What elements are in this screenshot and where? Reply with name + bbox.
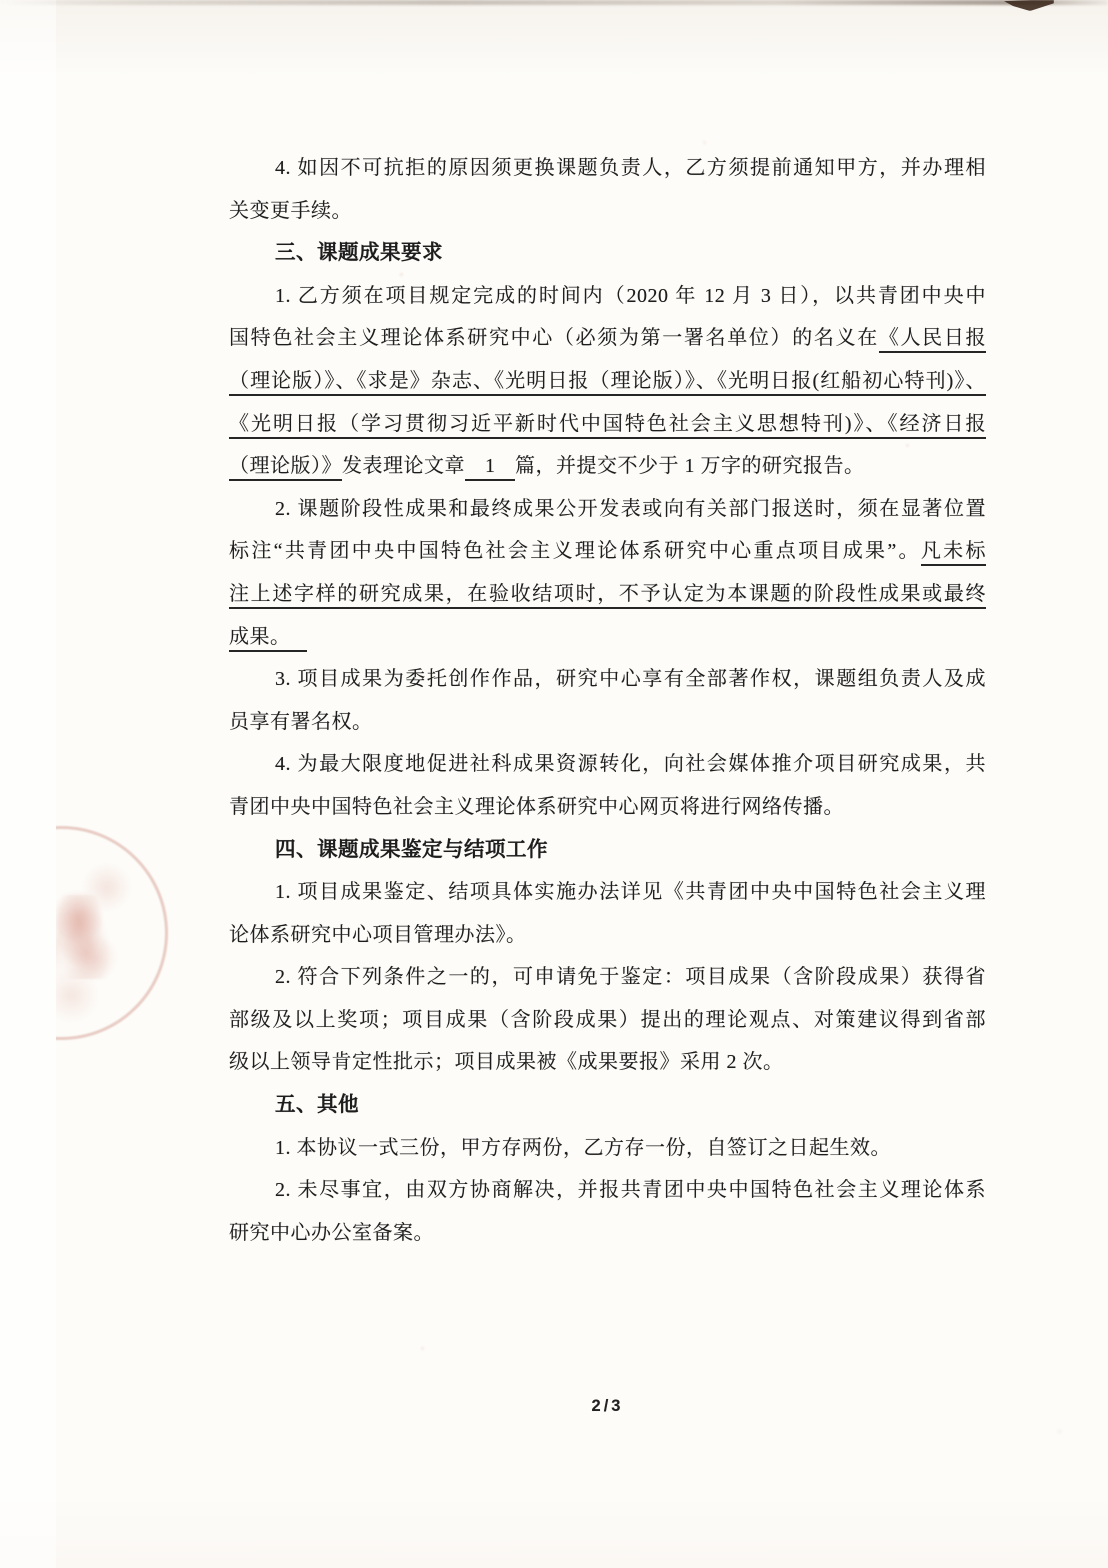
text-line: 研究中心办公室备案。: [229, 1212, 986, 1255]
text-segment: 3. 项目成果为委托创作作品，研究中心享有全部著作权，课题组负责人及成: [275, 668, 986, 690]
text-segment: 青团中央中国特色社会主义理论体系研究中心网页将进行网络传播。: [229, 796, 844, 818]
section-heading-line: 三、课题成果要求: [229, 232, 986, 275]
text-segment: 四、课题成果鉴定与结项工作: [275, 838, 548, 861]
text-segment: 级以上领导肯定性批示；项目成果被《成果要报》采用 2 次。: [229, 1051, 784, 1073]
text-segment: 4. 为最大限度地促进社科成果资源转化，向社会媒体推介项目研究成果，共: [275, 753, 986, 775]
text-segment: 部级及以上奖项；项目成果（含阶段成果）提出的理论观点、对策建议得到省部: [229, 1009, 986, 1031]
text-segment: 发表理论文章: [342, 455, 465, 477]
text-line: 2. 未尽事宜，由双方协商解决，并报共青团中央中国特色社会主义理论体系: [229, 1169, 986, 1212]
text-segment: 2. 未尽事宜，由双方协商解决，并报共青团中央中国特色社会主义理论体系: [275, 1179, 986, 1201]
text-line: 部级及以上奖项；项目成果（含阶段成果）提出的理论观点、对策建议得到省部: [229, 999, 986, 1042]
text-segment: 论体系研究中心项目管理办法》。: [229, 924, 527, 946]
text-line: 2. 符合下列条件之一的，可申请免于鉴定：项目成果（含阶段成果）获得省: [229, 956, 986, 999]
text-segment: 员享有署名权。: [229, 711, 373, 733]
text-segment: 三、课题成果要求: [275, 241, 443, 264]
underlined-text-segment: 《人民日报: [879, 327, 986, 353]
text-segment: 国特色社会主义理论体系研究中心（必须为第一署名单位）的名义在: [229, 327, 879, 349]
text-segment: 2. 课题阶段性成果和最终成果公开发表或向有关部门报送时，须在显著位置: [275, 498, 986, 520]
text-segment: 1. 本协议一式三份，甲方存两份，乙方存一份，自签订之日起生效。: [275, 1137, 891, 1159]
text-line: 3. 项目成果为委托创作作品，研究中心享有全部著作权，课题组负责人及成: [229, 658, 986, 701]
scan-artifact-top-smudge: [0, 0, 1108, 5]
text-line: 1. 乙方须在项目规定完成的时间内（2020 年 12 月 3 日），以共青团中…: [229, 275, 986, 318]
text-line: 《光明日报（学习贯彻习近平新时代中国特色社会主义思想特刊)》、《经济日报: [229, 403, 986, 446]
text-line: 国特色社会主义理论体系研究中心（必须为第一署名单位）的名义在《人民日报: [229, 317, 986, 360]
text-line: 成果。: [229, 616, 986, 659]
fill-in-blank-value: 1: [465, 455, 515, 481]
text-line: 关变更手续。: [229, 190, 986, 233]
red-seal-stamp-icon: [56, 818, 186, 1042]
text-segment: 4. 如因不可抗拒的原因须更换课题负责人，乙方须提前通知甲方，并办理相: [275, 157, 986, 179]
scan-artifact-corner-wedge: [1004, 0, 1054, 11]
page-number: 2/3: [229, 1397, 986, 1416]
text-line: 青团中央中国特色社会主义理论体系研究中心网页将进行网络传播。: [229, 786, 986, 829]
text-line: 1. 本协议一式三份，甲方存两份，乙方存一份，自签订之日起生效。: [229, 1127, 986, 1170]
section-heading-line: 五、其他: [229, 1084, 986, 1127]
text-segment: 标注“共青团中央中国特色社会主义理论体系研究中心重点项目成果”。: [229, 540, 921, 562]
text-line: 4. 为最大限度地促进社科成果资源转化，向社会媒体推介项目研究成果，共: [229, 743, 986, 786]
underlined-text-segment: 《光明日报（学习贯彻习近平新时代中国特色社会主义思想特刊)》、《经济日报: [229, 413, 986, 439]
text-line: 1. 项目成果鉴定、结项具体实施办法详见《共青团中央中国特色社会主义理: [229, 871, 986, 914]
text-line: （理论版）》、《求是》杂志、《光明日报（理论版）》、《光明日报(红船初心特刊)》…: [229, 360, 986, 403]
text-line: 注上述字样的研究成果，在验收结项时，不予认定为本课题的阶段性成果或最终: [229, 573, 986, 616]
paper-edge-strip: [0, 0, 56, 1568]
text-segment: 2. 符合下列条件之一的，可申请免于鉴定：项目成果（含阶段成果）获得省: [275, 966, 986, 988]
text-line: （理论版）》发表理论文章1篇，并提交不少于 1 万字的研究报告。: [229, 445, 986, 488]
text-segment: 1. 项目成果鉴定、结项具体实施办法详见《共青团中央中国特色社会主义理: [275, 881, 986, 903]
section-heading-line: 四、课题成果鉴定与结项工作: [229, 829, 986, 872]
text-line: 员享有署名权。: [229, 701, 986, 744]
underlined-text-segment: 凡未标: [921, 540, 986, 566]
text-segment: 1. 乙方须在项目规定完成的时间内（2020 年 12 月 3 日），以共青团中…: [275, 285, 986, 307]
stamp-circle: [56, 826, 168, 1040]
document-body-text: 4. 如因不可抗拒的原因须更换课题负责人，乙方须提前通知甲方，并办理相关变更手续…: [229, 147, 986, 1254]
text-line: 级以上领导肯定性批示；项目成果被《成果要报》采用 2 次。: [229, 1041, 986, 1084]
text-line: 2. 课题阶段性成果和最终成果公开发表或向有关部门报送时，须在显著位置: [229, 488, 986, 531]
underlined-text-segment: 注上述字样的研究成果，在验收结项时，不予认定为本课题的阶段性成果或最终: [229, 583, 986, 609]
underlined-text-segment: （理论版）》: [229, 455, 342, 481]
scanned-document-page: 4. 如因不可抗拒的原因须更换课题负责人，乙方须提前通知甲方，并办理相关变更手续…: [0, 0, 1108, 1568]
text-segment: 关变更手续。: [229, 200, 352, 222]
text-line: 4. 如因不可抗拒的原因须更换课题负责人，乙方须提前通知甲方，并办理相: [229, 147, 986, 190]
underlined-text-segment: 成果。: [229, 626, 307, 652]
text-segment: 研究中心办公室备案。: [229, 1222, 434, 1244]
underlined-text-segment: （理论版）》、《求是》杂志、《光明日报（理论版）》、《光明日报(红船初心特刊)》…: [229, 370, 986, 396]
text-segment: 篇，并提交不少于 1 万字的研究报告。: [515, 455, 865, 477]
text-line: 标注“共青团中央中国特色社会主义理论体系研究中心重点项目成果”。凡未标: [229, 530, 986, 573]
text-segment: 五、其他: [275, 1093, 359, 1116]
stamp-ink-blob: [58, 895, 110, 979]
text-line: 论体系研究中心项目管理办法》。: [229, 914, 986, 957]
